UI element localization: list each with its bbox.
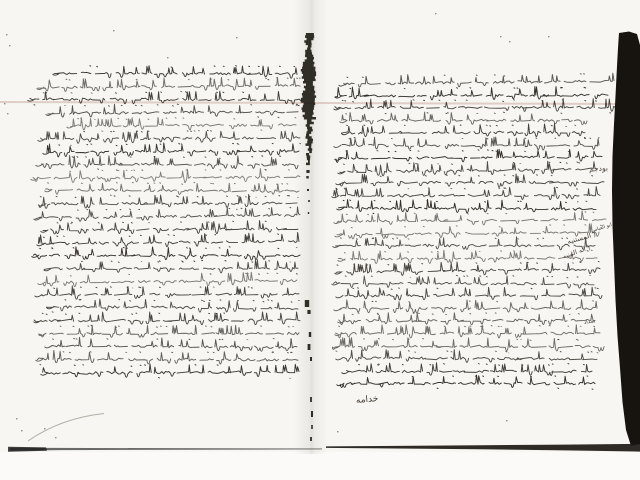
manuscript-scan: خدامه بودجم ابو العباس ( المستنيه ( انه … xyxy=(0,0,640,480)
speckle xyxy=(113,30,115,31)
binding-gutter-stain xyxy=(301,33,316,441)
speckle xyxy=(506,420,508,421)
speckle xyxy=(6,34,8,35)
speckle xyxy=(9,45,11,46)
speckle xyxy=(337,431,339,432)
speckle xyxy=(577,201,579,202)
right-page-bottom-edge xyxy=(326,444,640,452)
speckle xyxy=(435,13,437,14)
corner-crease-mark xyxy=(28,414,104,442)
left-page-bottom-edge-blob xyxy=(8,447,47,452)
speckle xyxy=(4,103,6,104)
scan-artifacts xyxy=(0,0,640,480)
speckle xyxy=(44,428,46,429)
speckle xyxy=(236,37,238,38)
dust-speckles xyxy=(4,13,600,438)
speckle xyxy=(598,137,600,138)
left-page-bottom-edge xyxy=(10,448,322,451)
speckle xyxy=(509,41,511,42)
speckle xyxy=(55,437,57,438)
speckle xyxy=(500,36,502,37)
scan-edge-black-band xyxy=(612,32,640,447)
speckle xyxy=(16,418,18,419)
speckle xyxy=(21,430,23,431)
speckle xyxy=(548,36,550,37)
speckle xyxy=(167,57,169,58)
speckle xyxy=(7,113,9,114)
